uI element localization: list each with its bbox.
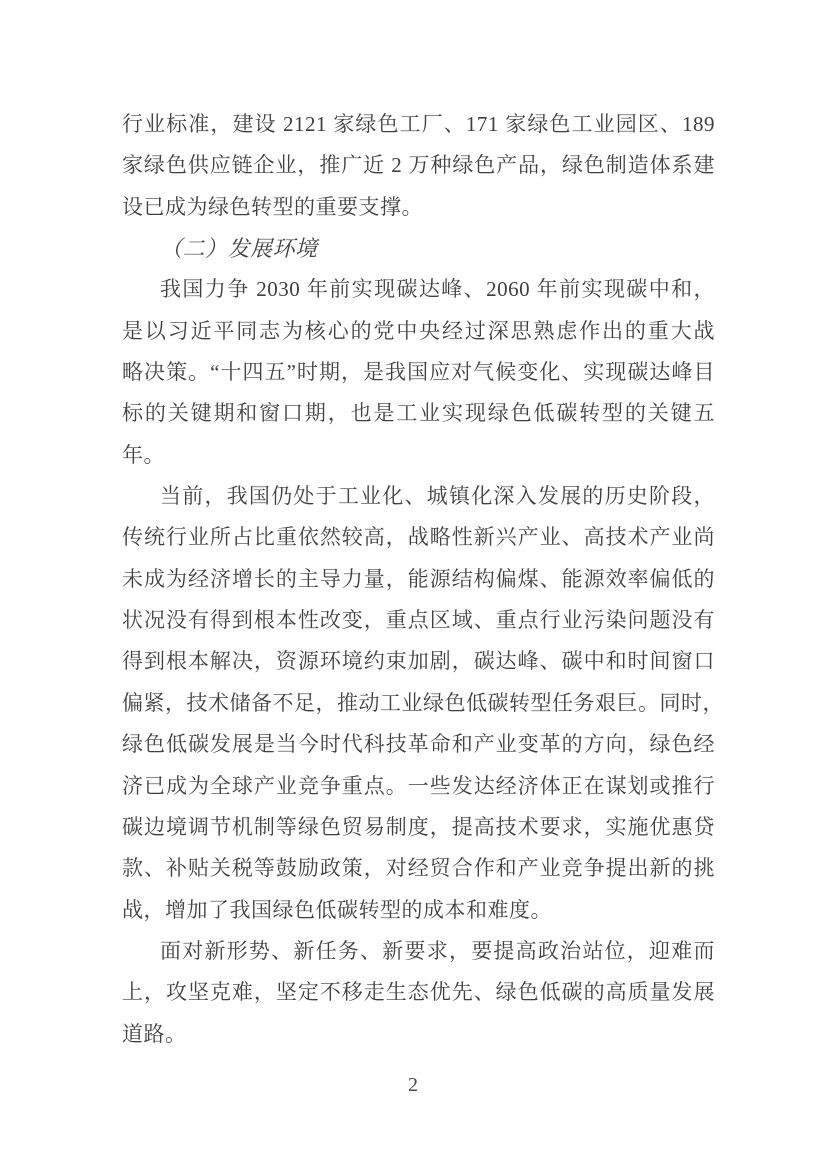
text-line: 得到根本解决，资源环境约束加剧，碳达峰、碳中和时间窗口: [122, 641, 715, 682]
text-line: 绿色低碳发展是当今时代科技革命和产业变革的方向，绿色经: [122, 724, 715, 765]
text-line: 道路。: [122, 1014, 715, 1055]
document-text-block: 行业标准，建设 2121 家绿色工厂、171 家绿色工业园区、189 家绿色供应…: [122, 104, 715, 1055]
text-line: 传统行业所占比重依然较高，战略性新兴产业、高技术产业尚: [122, 517, 715, 558]
text-line: 是以习近平同志为核心的党中央经过深思熟虑作出的重大战: [122, 311, 715, 352]
text-line: 我国力争 2030 年前实现碳达峰、2060 年前实现碳中和，: [122, 269, 715, 310]
page-number: 2: [0, 1074, 826, 1097]
section-heading: （二）发展环境: [122, 228, 715, 269]
text-line: 行业标准，建设 2121 家绿色工厂、171 家绿色工业园区、189: [122, 104, 715, 145]
text-line: 款、补贴关税等鼓励政策，对经贸合作和产业竞争提出新的挑: [122, 848, 715, 889]
text-line: 济已成为全球产业竞争重点。一些发达经济体正在谋划或推行: [122, 766, 715, 807]
text-line: 战，增加了我国绿色低碳转型的成本和难度。: [122, 890, 715, 931]
text-line: 标的关键期和窗口期，也是工业实现绿色低碳转型的关键五: [122, 393, 715, 434]
text-line: 年。: [122, 435, 715, 476]
document-page: 行业标准，建设 2121 家绿色工厂、171 家绿色工业园区、189 家绿色供应…: [0, 0, 826, 1169]
text-line: 状况没有得到根本性改变，重点区域、重点行业污染问题没有: [122, 600, 715, 641]
text-line: 设已成为绿色转型的重要支撑。: [122, 187, 715, 228]
text-line: 未成为经济增长的主导力量，能源结构偏煤、能源效率偏低的: [122, 559, 715, 600]
text-line: 面对新形势、新任务、新要求，要提高政治站位，迎难而: [122, 931, 715, 972]
text-line: 家绿色供应链企业，推广近 2 万种绿色产品，绿色制造体系建: [122, 145, 715, 186]
text-line: 当前，我国仍处于工业化、城镇化深入发展的历史阶段，: [122, 476, 715, 517]
text-line: 偏紧，技术储备不足，推动工业绿色低碳转型任务艰巨。同时，: [122, 683, 715, 724]
text-line: 碳边境调节机制等绿色贸易制度，提高技术要求，实施优惠贷: [122, 807, 715, 848]
text-line: 略决策。“十四五”时期，是我国应对气候变化、实现碳达峰目: [122, 352, 715, 393]
text-line: 上，攻坚克难，坚定不移走生态优先、绿色低碳的高质量发展: [122, 972, 715, 1013]
